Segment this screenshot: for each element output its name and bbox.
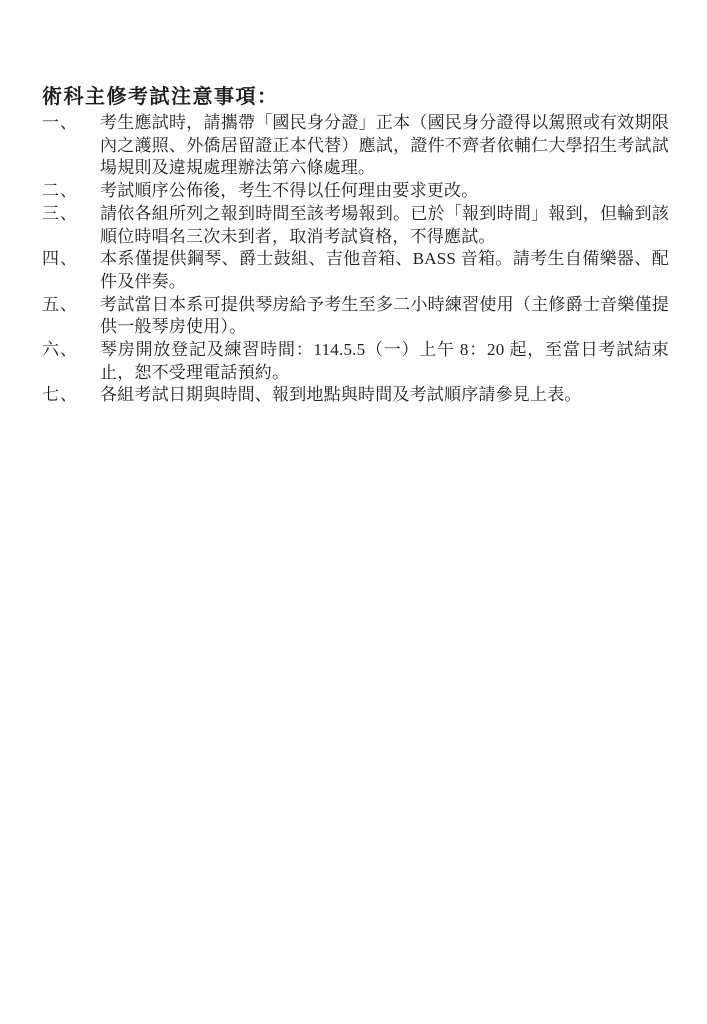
list-item: 一、 考生應試時，請攜帶「國民身分證」正本（國民身分證得以駕照或有效期限內之護照… [42,112,669,180]
list-item: 四、 本系僅提供鋼琴、爵士鼓組、吉他音箱、BASS 音箱。請考生自備樂器、配件及… [42,248,669,293]
list-item-number: 七、 [42,384,100,407]
list-item-text: 各組考試日期與時間、報到地點與時間及考試順序請參見上表。 [100,384,669,407]
list-item-text: 琴房開放登記及練習時間：114.5.5（一）上午 8：20 起，至當日考試結束止… [100,339,669,384]
list-item-number: 二、 [42,180,100,203]
document-content: 術科主修考試注意事項： 一、 考生應試時，請攜帶「國民身分證」正本（國民身分證得… [42,84,669,407]
notes-list: 一、 考生應試時，請攜帶「國民身分證」正本（國民身分證得以駕照或有效期限內之護照… [42,112,669,407]
list-item: 三、 請依各組所列之報到時間至該考場報到。已於「報到時間」報到，但輪到該順位時唱… [42,203,669,248]
list-item-text: 請依各組所列之報到時間至該考場報到。已於「報到時間」報到，但輪到該順位時唱名三次… [100,203,669,248]
list-item: 五、 考試當日本系可提供琴房給予考生至多二小時練習使用（主修爵士音樂僅提供一般琴… [42,294,669,339]
list-item: 七、 各組考試日期與時間、報到地點與時間及考試順序請參見上表。 [42,384,669,407]
page-title: 術科主修考試注意事項： [42,84,669,111]
list-item-text: 考試當日本系可提供琴房給予考生至多二小時練習使用（主修爵士音樂僅提供一般琴房使用… [100,294,669,339]
list-item: 六、 琴房開放登記及練習時間：114.5.5（一）上午 8：20 起，至當日考試… [42,339,669,384]
list-item-number: 四、 [42,248,100,271]
list-item-text: 考生應試時，請攜帶「國民身分證」正本（國民身分證得以駕照或有效期限內之護照、外僑… [100,112,669,180]
list-item-text: 本系僅提供鋼琴、爵士鼓組、吉他音箱、BASS 音箱。請考生自備樂器、配件及伴奏。 [100,248,669,293]
list-item-number: 六、 [42,339,100,362]
list-item: 二、 考試順序公佈後，考生不得以任何理由要求更改。 [42,180,669,203]
list-item-number: 五、 [42,294,100,317]
document-page: 術科主修考試注意事項： 一、 考生應試時，請攜帶「國民身分證」正本（國民身分證得… [0,0,707,1024]
list-item-text: 考試順序公佈後，考生不得以任何理由要求更改。 [100,180,669,203]
list-item-number: 三、 [42,203,100,226]
list-item-number: 一、 [42,112,100,135]
